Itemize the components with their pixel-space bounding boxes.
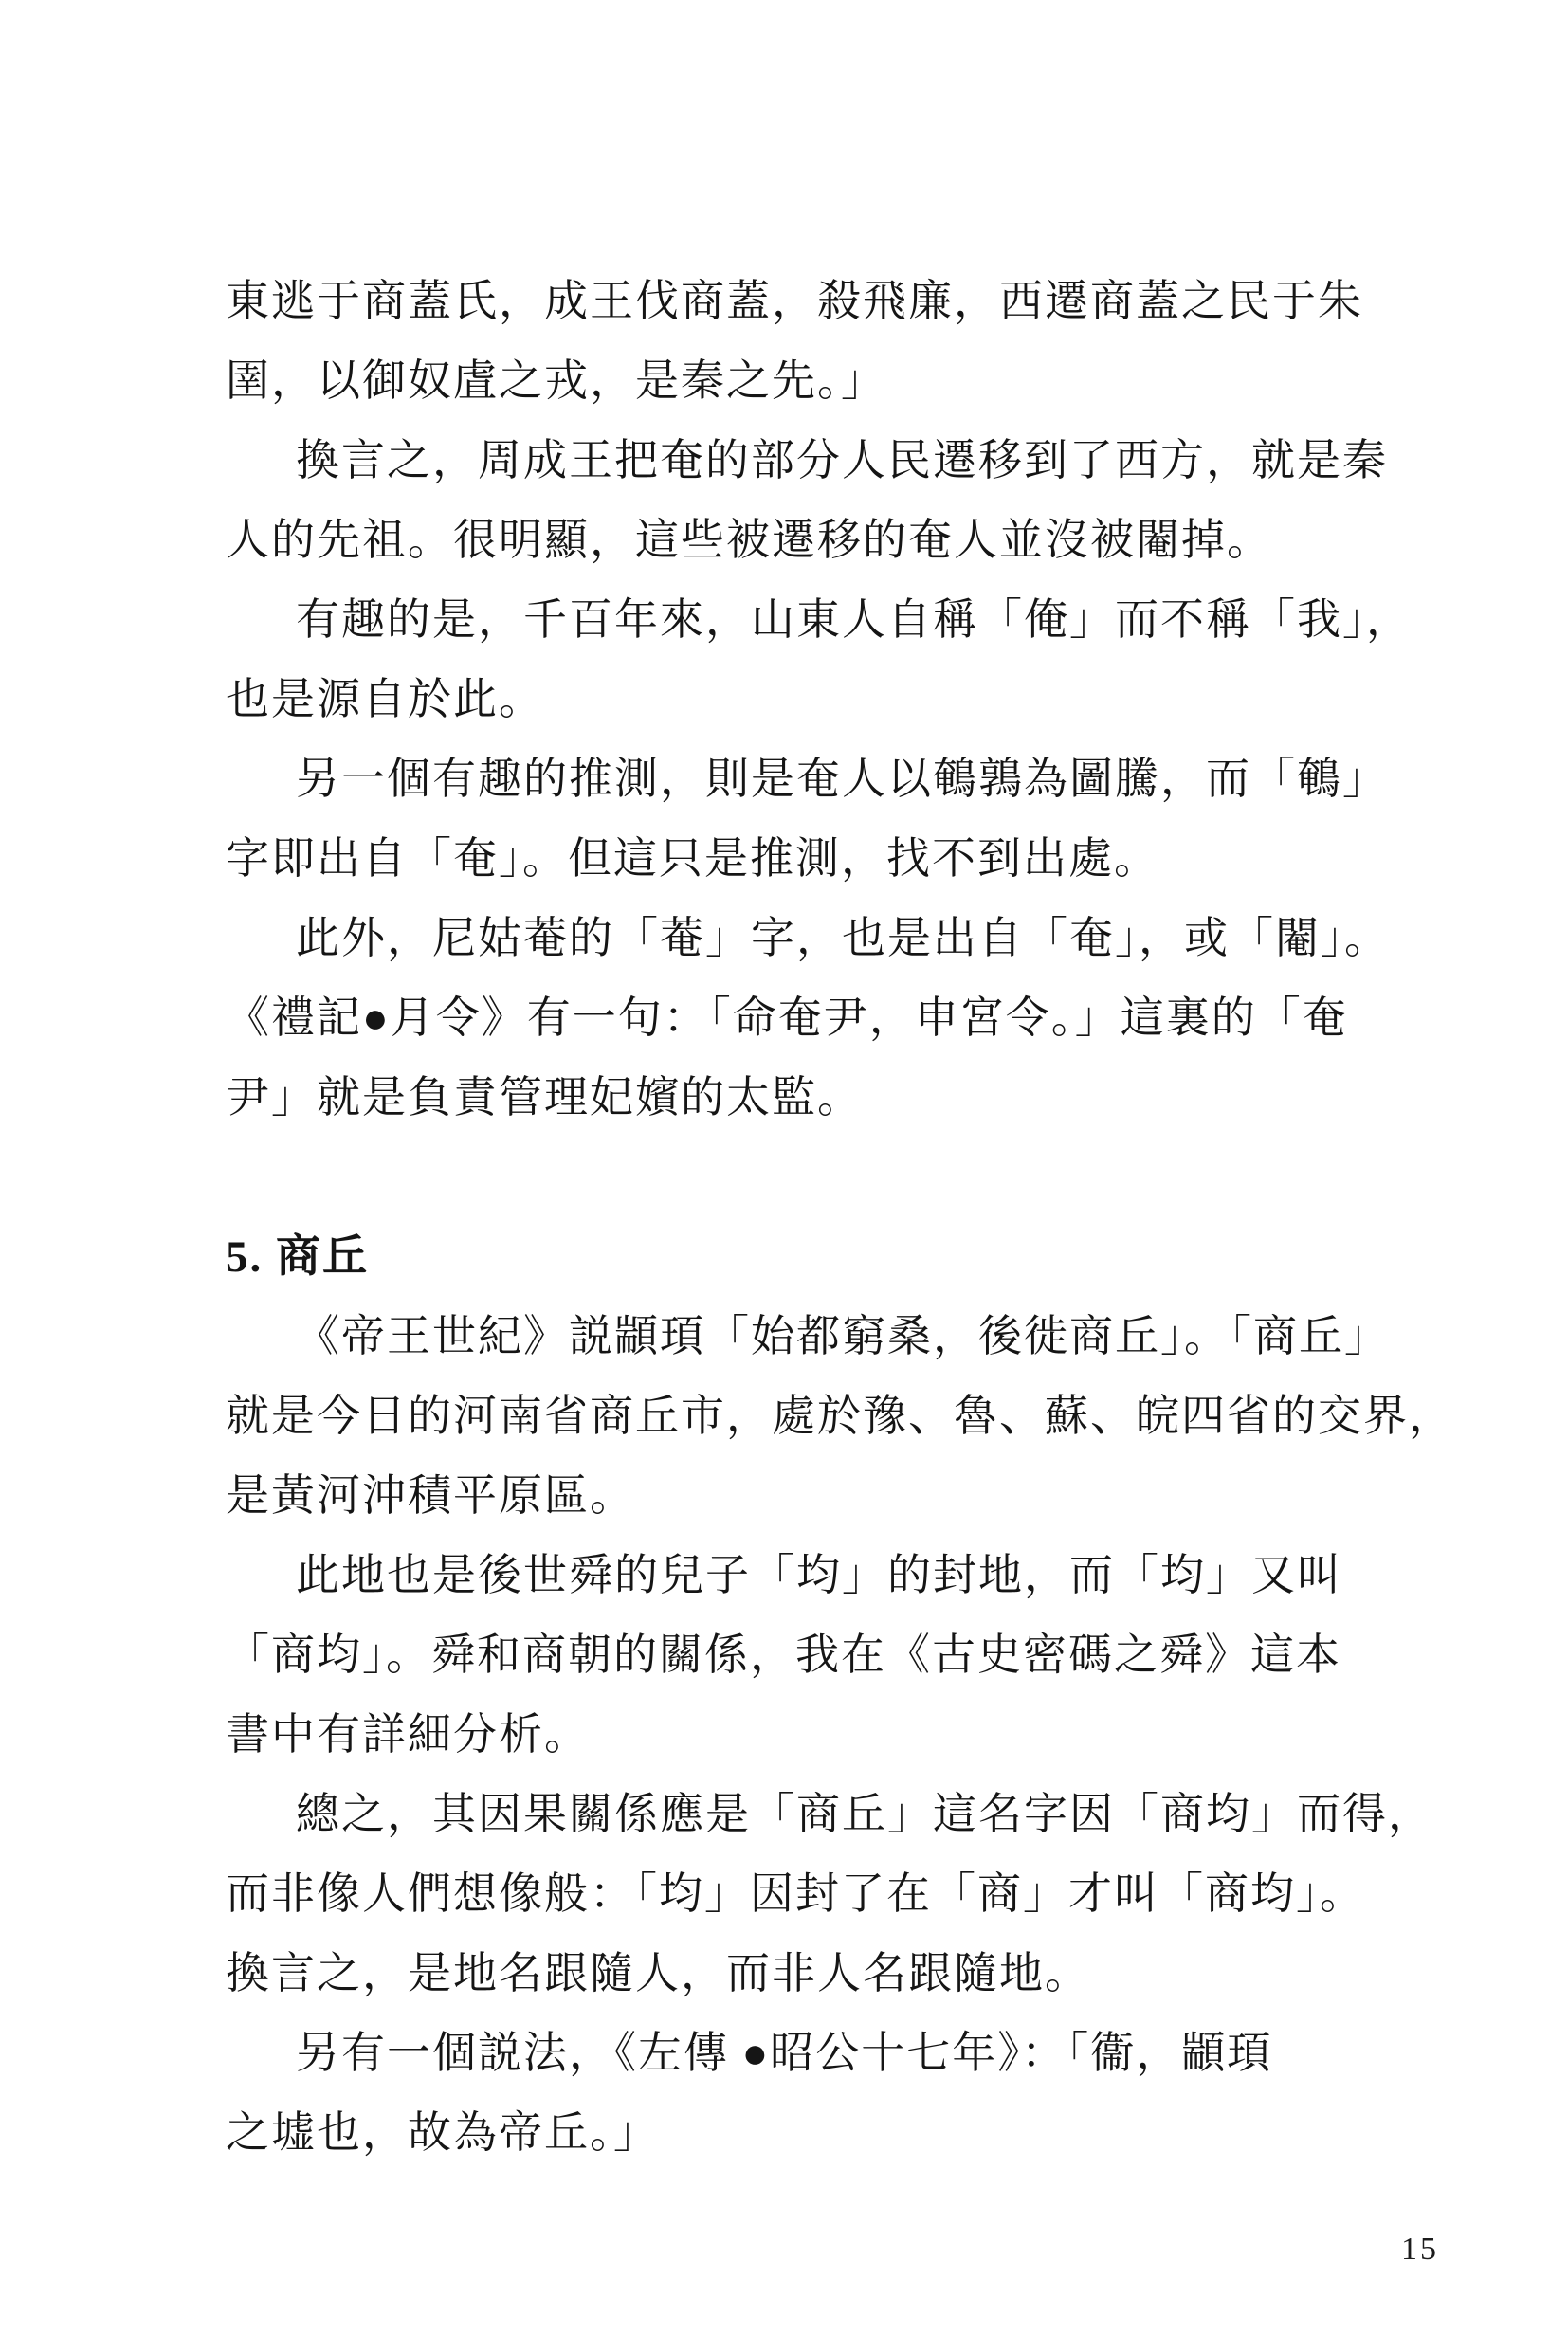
text-line: 此外，尼姑菴的「菴」字，也是出自「奄」，或「閹」。 — [226, 899, 1377, 978]
text-line: 尹」就是負責管理妃嬪的太監。 — [226, 1058, 1377, 1138]
text-line: 另一個有趣的推測，則是奄人以鵪鶉為圖騰，而「鵪」 — [226, 739, 1377, 819]
paragraph: 總之，其因果關係應是「商丘」這名字因「商均」而得， 而非像人們想像般：「均」因封… — [226, 1775, 1377, 2014]
paragraph: 另有一個説法，《左傳 ●昭公十七年》：「衞，顓頊 之墟也，故為帝丘。」 — [226, 2014, 1377, 2173]
text-line: 換言之，是地名跟隨人，而非人名跟隨地。 — [226, 1934, 1377, 2014]
text-line: 是黃河沖積平原區。 — [226, 1456, 1377, 1536]
paragraph: 此外，尼姑菴的「菴」字，也是出自「奄」，或「閹」。 《禮記●月令》有一句：「命奄… — [226, 899, 1377, 1138]
page-number: 15 — [1401, 2221, 1439, 2278]
text-line: 換言之，周成王把奄的部分人民遷移到了西方，就是秦 — [226, 421, 1377, 501]
text-line: 有趣的是，千百年來，山東人自稱「俺」而不稱「我」， — [226, 580, 1377, 660]
text-line: 此地也是後世舜的兒子「均」的封地，而「均」又叫 — [226, 1536, 1377, 1615]
paragraph: 換言之，周成王把奄的部分人民遷移到了西方，就是秦 人的先祖。很明顯，這些被遷移的… — [226, 421, 1377, 580]
paragraph: 有趣的是，千百年來，山東人自稱「俺」而不稱「我」， 也是源自於此。 — [226, 580, 1377, 739]
text-line: 《帝王世紀》説顓頊「始都窮桑，後徙商丘」。「商丘」 — [226, 1297, 1377, 1377]
text-line: 總之，其因果關係應是「商丘」這名字因「商均」而得， — [226, 1775, 1377, 1854]
text-line: 之墟也，故為帝丘。」 — [226, 2093, 1377, 2173]
text-line: 圉，以御奴虘之戎，是秦之先。」 — [226, 341, 1377, 421]
text-line: 《禮記●月令》有一句：「命奄尹，申宮令。」這裏的「奄 — [226, 978, 1377, 1058]
page-body: 東逃于商蓋氏，成王伐商蓋，殺飛廉，西遷商蓋之民于朱 圉，以御奴虘之戎，是秦之先。… — [226, 262, 1377, 2173]
text-line: 就是今日的河南省商丘市，處於豫、魯、蘇、皖四省的交界， — [226, 1377, 1377, 1456]
book-page: 東逃于商蓋氏，成王伐商蓋，殺飛廉，西遷商蓋之民于朱 圉，以御奴虘之戎，是秦之先。… — [0, 0, 1568, 2352]
section-heading: 5. 商丘 — [226, 1217, 1377, 1297]
text-line: 東逃于商蓋氏，成王伐商蓋，殺飛廉，西遷商蓋之民于朱 — [226, 262, 1377, 341]
text-line: 而非像人們想像般：「均」因封了在「商」才叫「商均」。 — [226, 1854, 1377, 1934]
paragraph: 此地也是後世舜的兒子「均」的封地，而「均」又叫 「商均」。舜和商朝的關係，我在《… — [226, 1536, 1377, 1775]
text-line: 人的先祖。很明顯，這些被遷移的奄人並沒被閹掉。 — [226, 501, 1377, 580]
text-line: 書中有詳細分析。 — [226, 1695, 1377, 1775]
text-line: 字即出自「奄」。但這只是推測，找不到出處。 — [226, 819, 1377, 899]
paragraph: 《帝王世紀》説顓頊「始都窮桑，後徙商丘」。「商丘」 就是今日的河南省商丘市，處於… — [226, 1297, 1377, 1536]
text-line: 另有一個説法，《左傳 ●昭公十七年》：「衞，顓頊 — [226, 2014, 1377, 2093]
text-line: 也是源自於此。 — [226, 660, 1377, 739]
text-line: 「商均」。舜和商朝的關係，我在《古史密碼之舜》這本 — [226, 1615, 1377, 1695]
paragraph: 另一個有趣的推測，則是奄人以鵪鶉為圖騰，而「鵪」 字即出自「奄」。但這只是推測，… — [226, 739, 1377, 899]
paragraph: 東逃于商蓋氏，成王伐商蓋，殺飛廉，西遷商蓋之民于朱 圉，以御奴虘之戎，是秦之先。… — [226, 262, 1377, 421]
